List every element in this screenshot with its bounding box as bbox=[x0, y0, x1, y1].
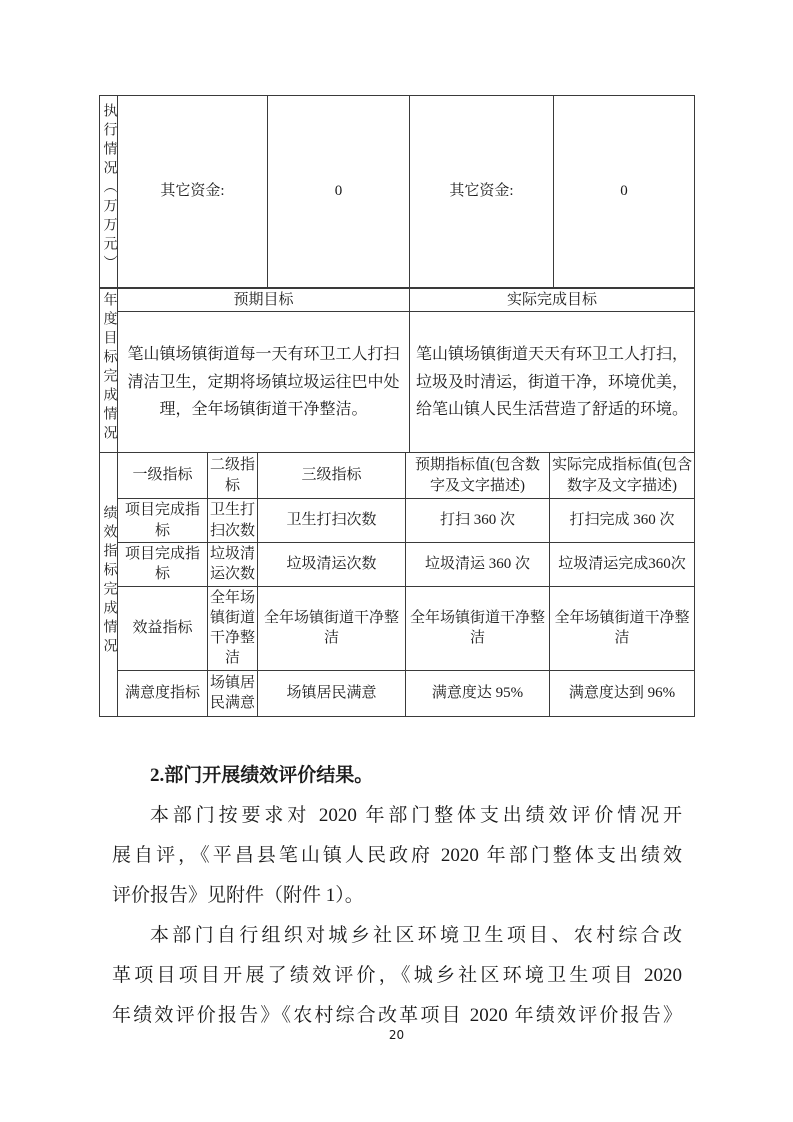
indicator-cell: 场镇居民满意 bbox=[258, 670, 406, 716]
page-number: 20 bbox=[0, 1026, 793, 1044]
table-row: 满意度指标 场镇居民满意 场镇居民满意 满意度达 95% 满意度达到 96% bbox=[100, 670, 695, 716]
vertical-label: 执行情况（万万元） bbox=[101, 103, 117, 274]
column-header: 实际完成指标值(包含数字及文字描述) bbox=[550, 453, 695, 499]
indicator-cell: 打扫 360 次 bbox=[406, 499, 550, 543]
table-header-row: 绩效指标完成情况 一级指标 二级指标 三级指标 预期指标值(包含数字及文字描述)… bbox=[100, 453, 695, 499]
indicators-table: 绩效指标完成情况 一级指标 二级指标 三级指标 预期指标值(包含数字及文字描述)… bbox=[99, 452, 695, 717]
indicator-cell: 打扫完成 360 次 bbox=[550, 499, 695, 543]
section-label-annual-goal: 年度目标完成情况 bbox=[100, 289, 118, 453]
actual-goal-text: 笔山镇场镇街道天天有环卫工人打扫，垃圾及时清运，街道干净，环境优美，给笔山镇人民… bbox=[410, 312, 695, 453]
expected-goal-text: 笔山镇场镇街道每一天有环卫工人打扫清洁卫生，定期将场镇垃圾运往巴中处理，全年场镇… bbox=[118, 312, 410, 453]
funds-value-cell: 0 bbox=[268, 96, 410, 288]
indicator-cell: 卫生打扫次数 bbox=[208, 499, 258, 543]
table-row: 效益指标 全年场镇街道干净整洁 全年场镇街道干净整洁 全年场镇街道干净整洁 全年… bbox=[100, 586, 695, 670]
indicator-cell: 垃圾清运完成360次 bbox=[550, 543, 695, 587]
table-row: 年度目标完成情况 预期目标 实际完成目标 bbox=[100, 289, 695, 312]
funds-execution-table: 执行情况（万万元） 其它资金: 0 其它资金: 0 bbox=[99, 95, 695, 288]
indicator-cell: 全年场镇街道干净整洁 bbox=[406, 586, 550, 670]
table-row: 项目完成指标 卫生打扫次数 卫生打扫次数 打扫 360 次 打扫完成 360 次 bbox=[100, 499, 695, 543]
indicator-cell: 垃圾清运次数 bbox=[258, 543, 406, 587]
indicator-cell: 垃圾清运次数 bbox=[208, 543, 258, 587]
table-row: 笔山镇场镇街道每一天有环卫工人打扫清洁卫生，定期将场镇垃圾运往巴中处理，全年场镇… bbox=[100, 312, 695, 453]
section-label-execution: 执行情况（万万元） bbox=[100, 96, 118, 288]
vertical-label: 年度目标完成情况 bbox=[101, 292, 117, 444]
table-row: 执行情况（万万元） 其它资金: 0 其它资金: 0 bbox=[100, 96, 695, 288]
indicator-cell: 满意度达 95% bbox=[406, 670, 550, 716]
body-text: 2.部门开展绩效评价结果。 本部门按要求对 2020 年部门整体支出绩效评价情况… bbox=[112, 756, 682, 1036]
paragraph-line: 评价报告》见附件（附件 1）。 bbox=[112, 876, 682, 916]
indicator-cell: 项目完成指标 bbox=[118, 499, 208, 543]
indicator-cell: 效益指标 bbox=[118, 586, 208, 670]
column-header: 三级指标 bbox=[258, 453, 406, 499]
annual-goal-table: 年度目标完成情况 预期目标 实际完成目标 笔山镇场镇街道每一天有环卫工人打扫清洁… bbox=[99, 288, 695, 453]
indicator-cell: 卫生打扫次数 bbox=[258, 499, 406, 543]
indicator-cell: 垃圾清运 360 次 bbox=[406, 543, 550, 587]
actual-goal-header: 实际完成目标 bbox=[410, 289, 695, 312]
vertical-label: 绩效指标完成情况 bbox=[101, 505, 117, 657]
column-header: 一级指标 bbox=[118, 453, 208, 499]
table-row: 项目完成指标 垃圾清运次数 垃圾清运次数 垃圾清运 360 次 垃圾清运完成36… bbox=[100, 543, 695, 587]
funds-value-cell: 0 bbox=[554, 96, 695, 288]
column-header: 二级指标 bbox=[208, 453, 258, 499]
indicator-cell: 全年场镇街道干净整洁 bbox=[258, 586, 406, 670]
column-header: 预期指标值(包含数字及文字描述) bbox=[406, 453, 550, 499]
funds-label-cell: 其它资金: bbox=[118, 96, 268, 288]
indicator-cell: 满意度达到 96% bbox=[550, 670, 695, 716]
paragraph-line: 展自评，《平昌县笔山镇人民政府 2020 年部门整体支出绩效 bbox=[112, 836, 682, 876]
paragraph-line: 本部门自行组织对城乡社区环境卫生项目、农村综合改 bbox=[112, 916, 682, 956]
paragraph-line: 本部门按要求对 2020 年部门整体支出绩效评价情况开 bbox=[112, 796, 682, 836]
paragraph-line: 革项目项目开展了绩效评价，《城乡社区环境卫生项目 2020 bbox=[112, 956, 682, 996]
section-label-indicators: 绩效指标完成情况 bbox=[100, 453, 118, 717]
indicator-cell: 场镇居民满意 bbox=[208, 670, 258, 716]
section-heading: 2.部门开展绩效评价结果。 bbox=[112, 756, 682, 796]
indicator-cell: 满意度指标 bbox=[118, 670, 208, 716]
document-page: 执行情况（万万元） 其它资金: 0 其它资金: 0 年度目标完成情况 预期目标 … bbox=[0, 0, 793, 1122]
indicator-cell: 全年场镇街道干净整洁 bbox=[550, 586, 695, 670]
funds-label-cell: 其它资金: bbox=[410, 96, 554, 288]
indicator-cell: 全年场镇街道干净整洁 bbox=[208, 586, 258, 670]
expected-goal-header: 预期目标 bbox=[118, 289, 410, 312]
indicator-cell: 项目完成指标 bbox=[118, 543, 208, 587]
